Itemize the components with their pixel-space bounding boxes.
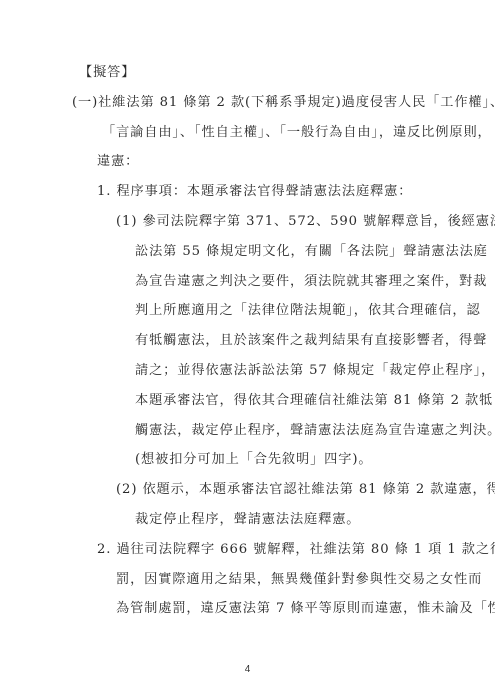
point-2-cont: 罰，因實際適用之結果，無異幾僅針對參與性交易之女性而 xyxy=(116,572,482,588)
subpoint-1-1-cont: 請之；並得依憲法訴訟法第 57 條規定「裁定停止程序」， xyxy=(135,363,495,379)
subpoint-1-1-cont: 本題承審法官，得依其合理確信社維法第 81 條第 2 款牴 xyxy=(135,393,493,409)
subpoint-1-1-cont: 訟法第 55 條規定明文化，有關「各法院」聲請憲法法庭 xyxy=(135,244,488,260)
subpoint-1-2-cont: 裁定停止程序，聲請憲法法庭釋憲。 xyxy=(135,512,360,528)
section-one-title-cont: 「言論自由」、「性自主權」、「一般行為自由」，違反比例原則， xyxy=(102,125,492,141)
subpoint-1-1: (1) 參司法院釋字第 371、572、590 號解釋意旨，後經憲法訴 xyxy=(116,214,495,230)
subpoint-1-1-cont: 判上所應適用之「法律位階法規範」，依其合理確信，認 xyxy=(135,303,481,319)
answer-heading: 【擬答】 xyxy=(79,65,135,81)
subpoint-1-1-cont: 觸憲法，裁定停止程序，聲請憲法法庭為宣告違憲之判決。 xyxy=(135,423,495,439)
point-2: 2. 過往司法院釋字 666 號解釋，社維法第 80 條 1 項 1 款之行政 xyxy=(97,542,495,558)
subpoint-1-1-cont: 有牴觸憲法，且於該案件之裁判結果有直接影響者，得聲 xyxy=(135,333,487,349)
point-2-cont: 為管制處罰，違反憲法第 7 條平等原則而違憲，惟未論及「性 xyxy=(116,601,495,617)
point-1-heading: 1. 程序事項：本題承審法官得聲請憲法法庭釋憲： xyxy=(97,184,412,200)
section-one-title: (一)社維法第 81 條第 2 款(下稱系爭規定)過度侵害人民「工作權」、 xyxy=(72,95,495,111)
section-one-title-end: 違憲： xyxy=(97,154,139,170)
subpoint-1-1-cont: 為宣告違憲之判決之要件，須法院就其審理之案件，對裁 xyxy=(135,274,487,290)
document-page: 【擬答】 (一)社維法第 81 條第 2 款(下稱系爭規定)過度侵害人民「工作權… xyxy=(0,0,495,700)
subpoint-1-2: (2) 依題示，本題承審法官認社維法第 81 條第 2 款違憲，得 xyxy=(116,482,495,498)
page-number: 4 xyxy=(0,664,495,675)
subpoint-1-1-note: (想被扣分可加上「合先敘明」四字)。 xyxy=(135,452,373,468)
